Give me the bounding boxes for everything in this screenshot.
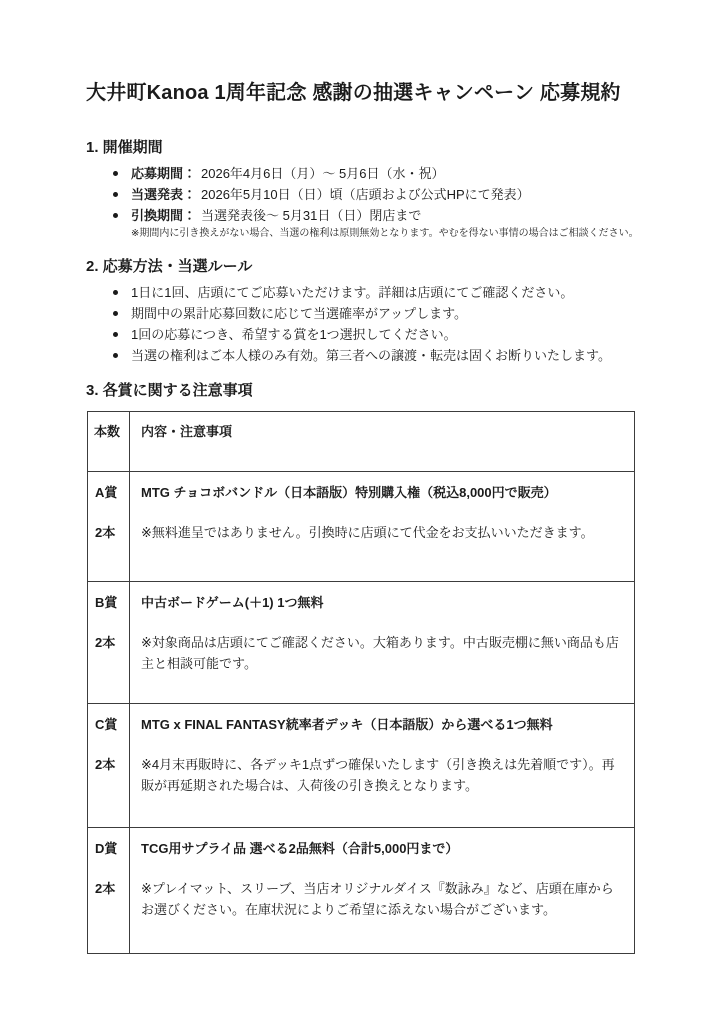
bullet-hikikae-kikan: 引換期間：当選発表後～ 5月31日（日）閉店まで [113,205,640,226]
prize-note: ※対象商品は店頭にてご確認ください。大箱あります。中古販売棚に無い商品も店主と相… [141,632,623,674]
bullet-text: 当選の権利はご本人様のみ有効。第三者への譲渡・転売は固くお断りいたします。 [131,345,611,366]
prize-d-details-cell: TCG用サプライ品 選べる2品無料（合計5,000円まで） ※プレイマット、スリ… [130,828,635,954]
prize-a-label-cell: A賞 2本 [88,472,130,582]
bullet-content: 応募期間：2026年4月6日（月）～ 5月6日（水・祝） [131,163,444,184]
prize-b-details-cell: 中古ボードゲーム(＋1) 1つ無料 ※対象商品は店頭にてご確認ください。大箱あり… [130,582,635,704]
bullet-dot-icon [113,311,118,316]
prize-note: ※無料進呈ではありません。引換時に店頭にて代金をお支払いいただきます。 [141,522,623,543]
bullet-content: 引換期間：当選発表後～ 5月31日（日）閉店まで [131,205,421,226]
prize-count: 2本 [95,632,125,653]
bullet-text: 2026年4月6日（月）～ 5月6日（水・祝） [201,166,444,181]
document-title: 大井町Kanoa 1周年記念 感謝の抽選キャンペーン 応募規約 [86,80,640,107]
bullet-label: 引換期間： [131,208,196,223]
prize-count: 2本 [95,878,125,899]
bullet-dot-icon [113,192,118,197]
bullet-dot-icon [113,332,118,337]
prizes-table-header-row: 本数 内容・注意事項 [88,412,635,472]
section-3-heading: 3. 各賞に関する注意事項 [86,381,640,401]
section-kaisai-kikan: 1. 開催期間 応募期間：2026年4月6日（月）～ 5月6日（水・祝） 当選発… [86,138,640,241]
bullet-dot-icon [113,290,118,295]
prize-a-details-cell: MTG チョコボバンドル（日本語版）特別購入権（税込8,000円で販売） ※無料… [130,472,635,582]
bullet-content: 当選発表：2026年5月10日（日）頃（店頭および公式HPにて発表） [131,184,530,205]
prize-c-details-cell: MTG x FINAL FANTASY統率者デッキ（日本語版）から選べる1つ無料… [130,704,635,828]
prize-b-label-cell: B賞 2本 [88,582,130,704]
bullet-rule-1: 1日に1回、店頭にてご応募いただけます。詳細は店頭にてご確認ください。 [113,282,640,303]
bullet-dot-icon [113,213,118,218]
bullet-text: 当選発表後～ 5月31日（日）閉店まで [201,208,421,223]
prize-note: ※プレイマット、スリーブ、当店オリジナルダイス『数詠み』など、店頭在庫からお選び… [141,878,623,920]
section-1-footnote: ※期間内に引き換えがない場合、当選の権利は原則無効となります。やむを得ない事情の… [131,227,640,241]
prize-title: MTG x FINAL FANTASY統率者デッキ（日本語版）から選べる1つ無料 [141,714,623,735]
bullet-tousen-happyou: 当選発表：2026年5月10日（日）頃（店頭および公式HPにて発表） [113,184,640,205]
prize-d-label-cell: D賞 2本 [88,828,130,954]
prize-c-label-cell: C賞 2本 [88,704,130,828]
prize-row-b: B賞 2本 中古ボードゲーム(＋1) 1つ無料 ※対象商品は店頭にてご確認くださ… [88,582,635,704]
bullet-rule-2: 期間中の累計応募回数に応じて当選確率がアップします。 [113,303,640,324]
bullet-label: 応募期間： [131,166,196,181]
prize-title: 中古ボードゲーム(＋1) 1つ無料 [141,592,623,613]
section-1-heading: 1. 開催期間 [86,138,640,158]
bullet-text: 2026年5月10日（日）頃（店頭および公式HPにて発表） [201,187,530,202]
prize-label: D賞 [95,838,125,859]
bullet-rule-3: 1回の応募につき、希望する賞を1つ選択してください。 [113,324,640,345]
document-page: 大井町Kanoa 1周年記念 感謝の抽選キャンペーン 応募規約 1. 開催期間 … [0,0,724,1024]
bullet-text: 期間中の累計応募回数に応じて当選確率がアップします。 [131,303,467,324]
prize-count: 2本 [95,522,125,543]
prize-label: A賞 [95,482,125,503]
table-header-count: 本数 [88,412,130,472]
section-oubo-houhou: 2. 応募方法・当選ルール 1日に1回、店頭にてご応募いただけます。詳細は店頭に… [86,257,640,366]
section-2-bullets: 1日に1回、店頭にてご応募いただけます。詳細は店頭にてご確認ください。 期間中の… [86,282,640,366]
prize-label: B賞 [95,592,125,613]
prize-label: C賞 [95,714,125,735]
bullet-rule-4: 当選の権利はご本人様のみ有効。第三者への譲渡・転売は固くお断りいたします。 [113,345,640,366]
prize-title: MTG チョコボバンドル（日本語版）特別購入権（税込8,000円で販売） [141,482,623,503]
section-kakushou-chuui: 3. 各賞に関する注意事項 本数 内容・注意事項 A賞 2本 MTG チョコボバ… [86,381,640,954]
section-2-heading: 2. 応募方法・当選ルール [86,257,640,277]
bullet-text: 1回の応募につき、希望する賞を1つ選択してください。 [131,324,457,345]
bullet-text: 1日に1回、店頭にてご応募いただけます。詳細は店頭にてご確認ください。 [131,282,573,303]
prize-row-c: C賞 2本 MTG x FINAL FANTASY統率者デッキ（日本語版）から選… [88,704,635,828]
prize-row-a: A賞 2本 MTG チョコボバンドル（日本語版）特別購入権（税込8,000円で販… [88,472,635,582]
bullet-oubo-kikan: 応募期間：2026年4月6日（月）～ 5月6日（水・祝） [113,163,640,184]
bullet-label: 当選発表： [131,187,196,202]
document-content: 大井町Kanoa 1周年記念 感謝の抽選キャンペーン 応募規約 1. 開催期間 … [0,0,724,954]
prizes-table: 本数 内容・注意事項 A賞 2本 MTG チョコボバンドル（日本語版）特別購入権… [87,411,635,954]
prize-note: ※4月末再販時に、各デッキ1点ずつ確保いたします（引き換えは先着順です）。再販が… [141,754,623,796]
section-1-bullets: 応募期間：2026年4月6日（月）～ 5月6日（水・祝） 当選発表：2026年5… [86,163,640,241]
prize-row-d: D賞 2本 TCG用サプライ品 選べる2品無料（合計5,000円まで） ※プレイ… [88,828,635,954]
bullet-dot-icon [113,171,118,176]
table-header-details: 内容・注意事項 [130,412,635,472]
prize-count: 2本 [95,754,125,775]
bullet-dot-icon [113,353,118,358]
prize-title: TCG用サプライ品 選べる2品無料（合計5,000円まで） [141,838,623,859]
